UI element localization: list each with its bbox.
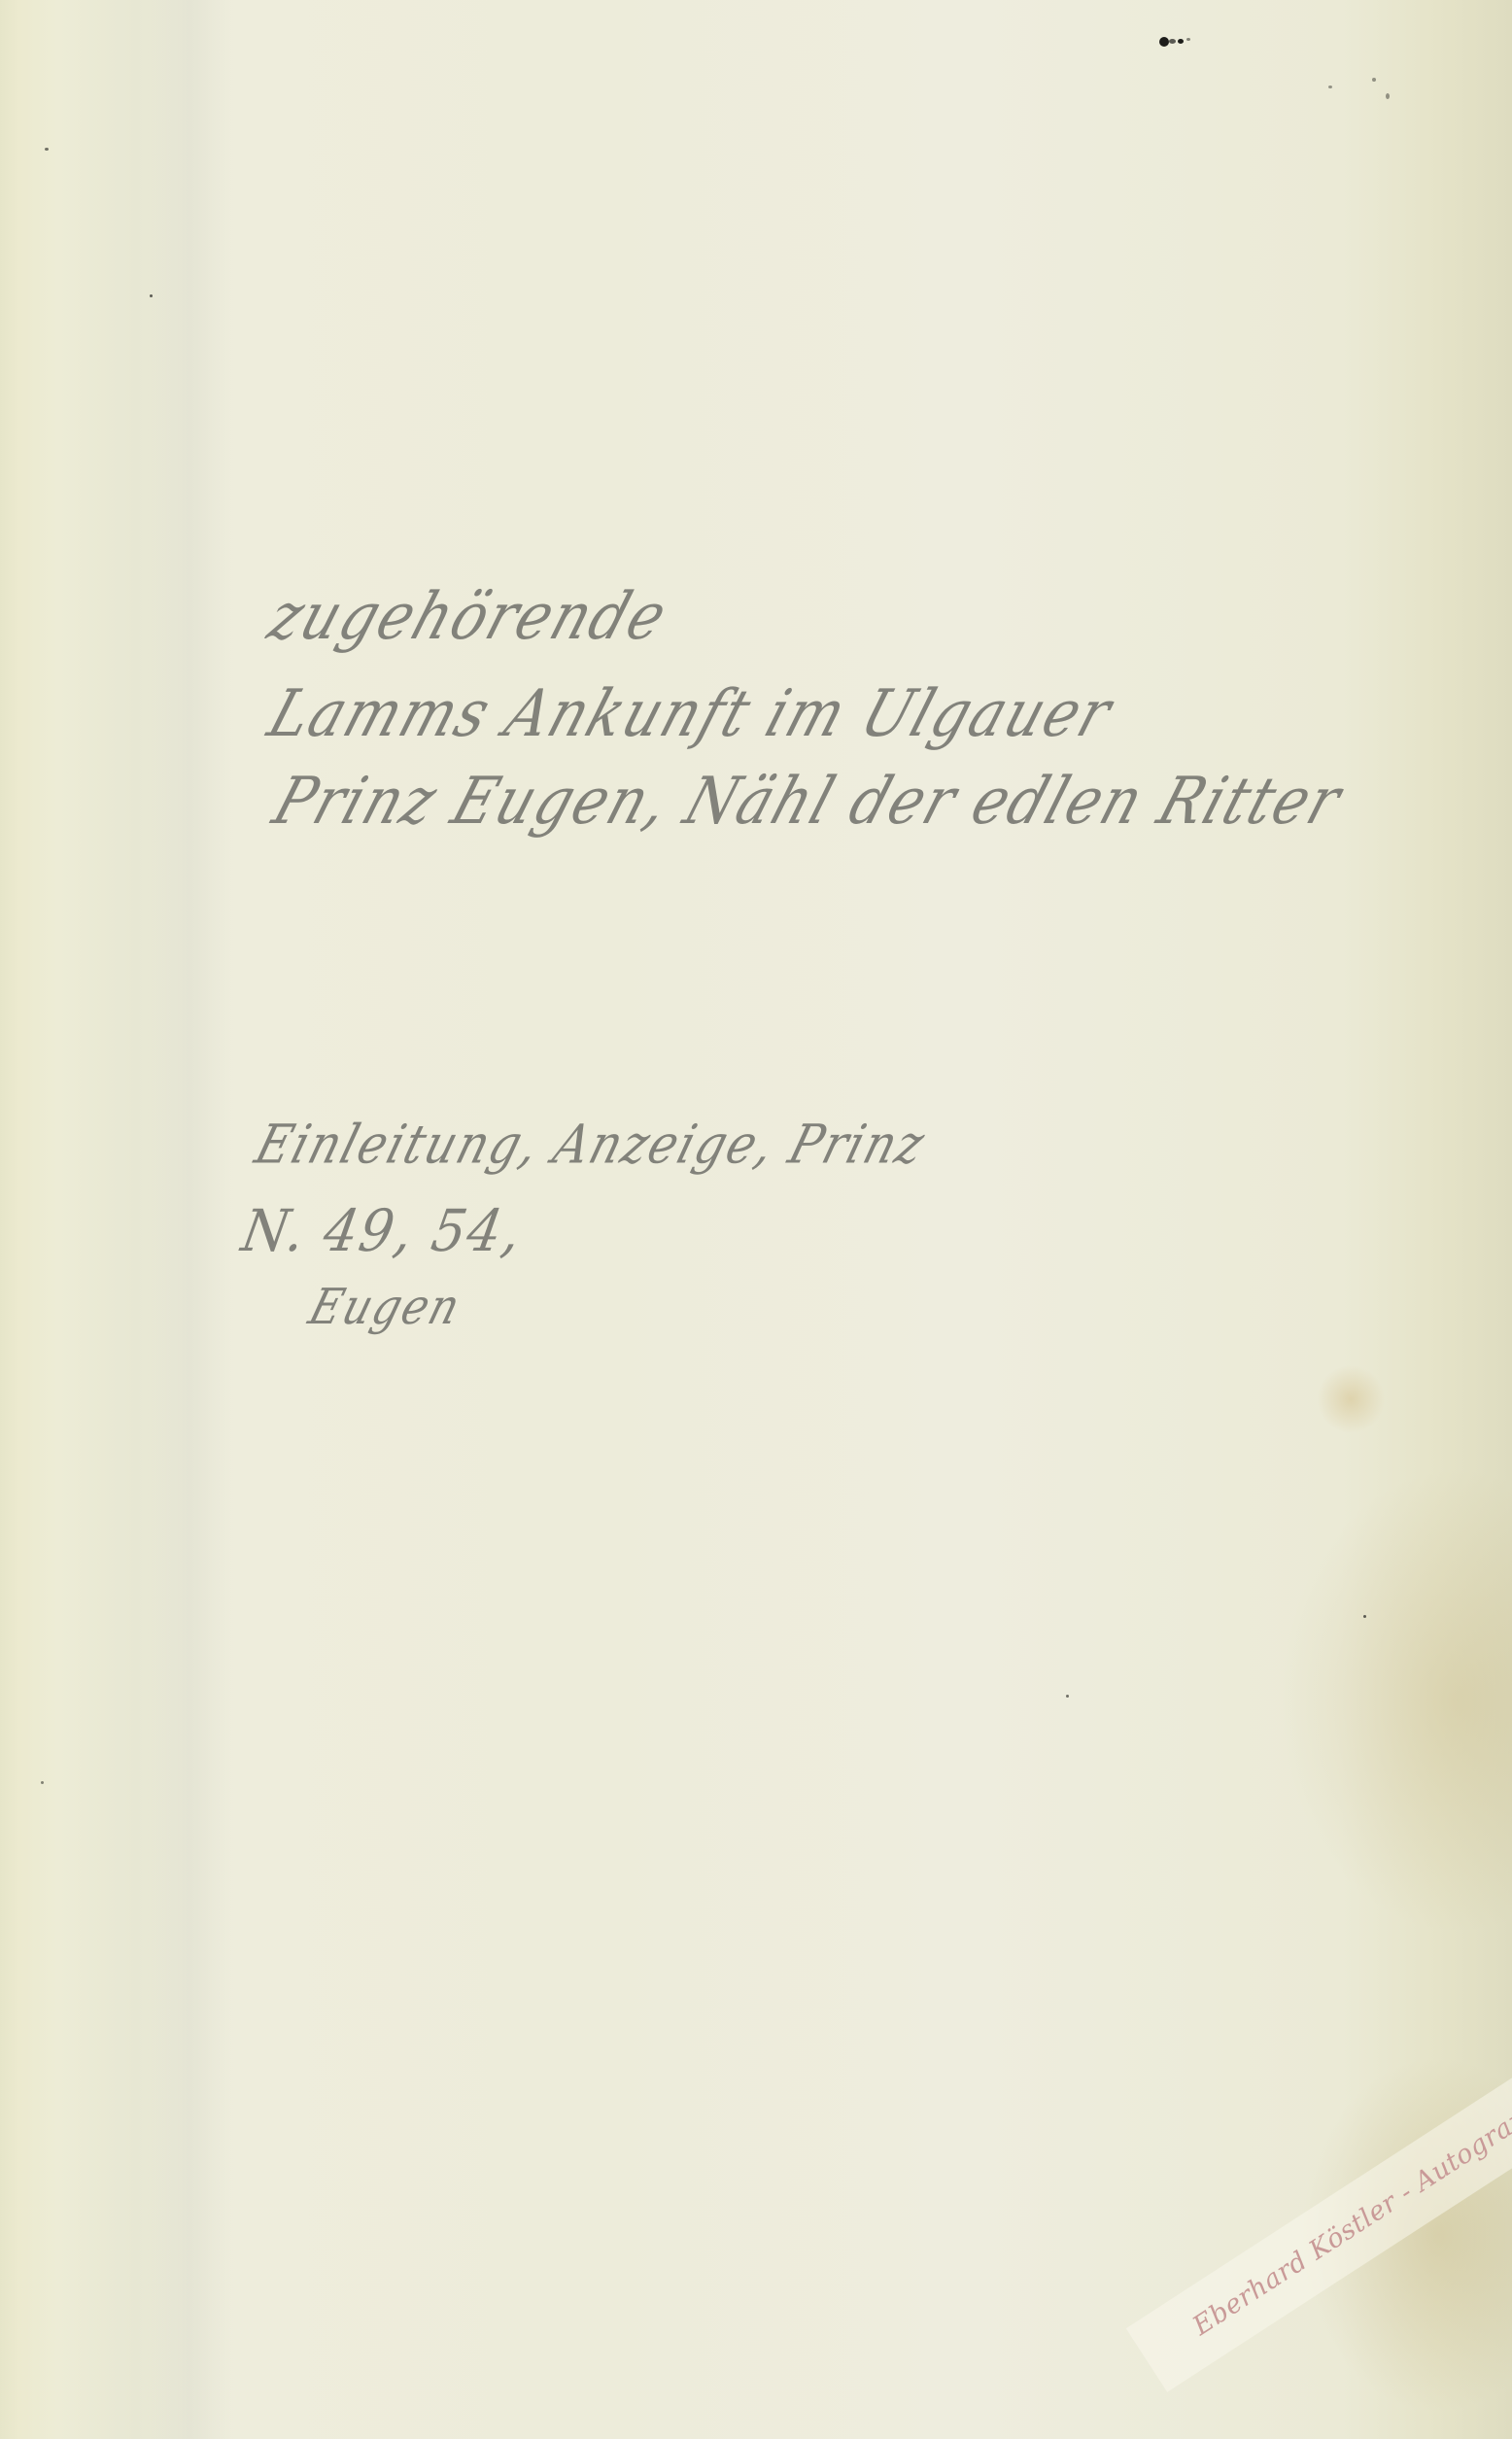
paper-speck <box>1386 93 1390 99</box>
paper-speck <box>1372 78 1376 82</box>
paper-speck <box>1066 1695 1069 1698</box>
ink-blot-mark <box>1159 35 1194 47</box>
handwriting-line: Eugen <box>303 1279 468 1336</box>
handwriting-line: zugehörende <box>259 578 677 654</box>
handwriting-line: Lamms Ankunft im Ulgauer <box>259 675 1122 751</box>
handwriting-line: Prinz Eugen, Nähl der edlen Ritter <box>264 763 1352 839</box>
paper-fold-shading <box>146 0 233 2439</box>
paper-speck <box>1363 1615 1366 1618</box>
paper-speck <box>41 1781 44 1784</box>
handwriting-line: N. 49, 54, <box>237 1197 528 1264</box>
paper-speck <box>1328 86 1332 88</box>
paper-speck <box>45 148 49 151</box>
paper-speck <box>150 294 153 297</box>
handwriting-line: Einleitung, Anzeige, Prinz <box>249 1114 933 1176</box>
